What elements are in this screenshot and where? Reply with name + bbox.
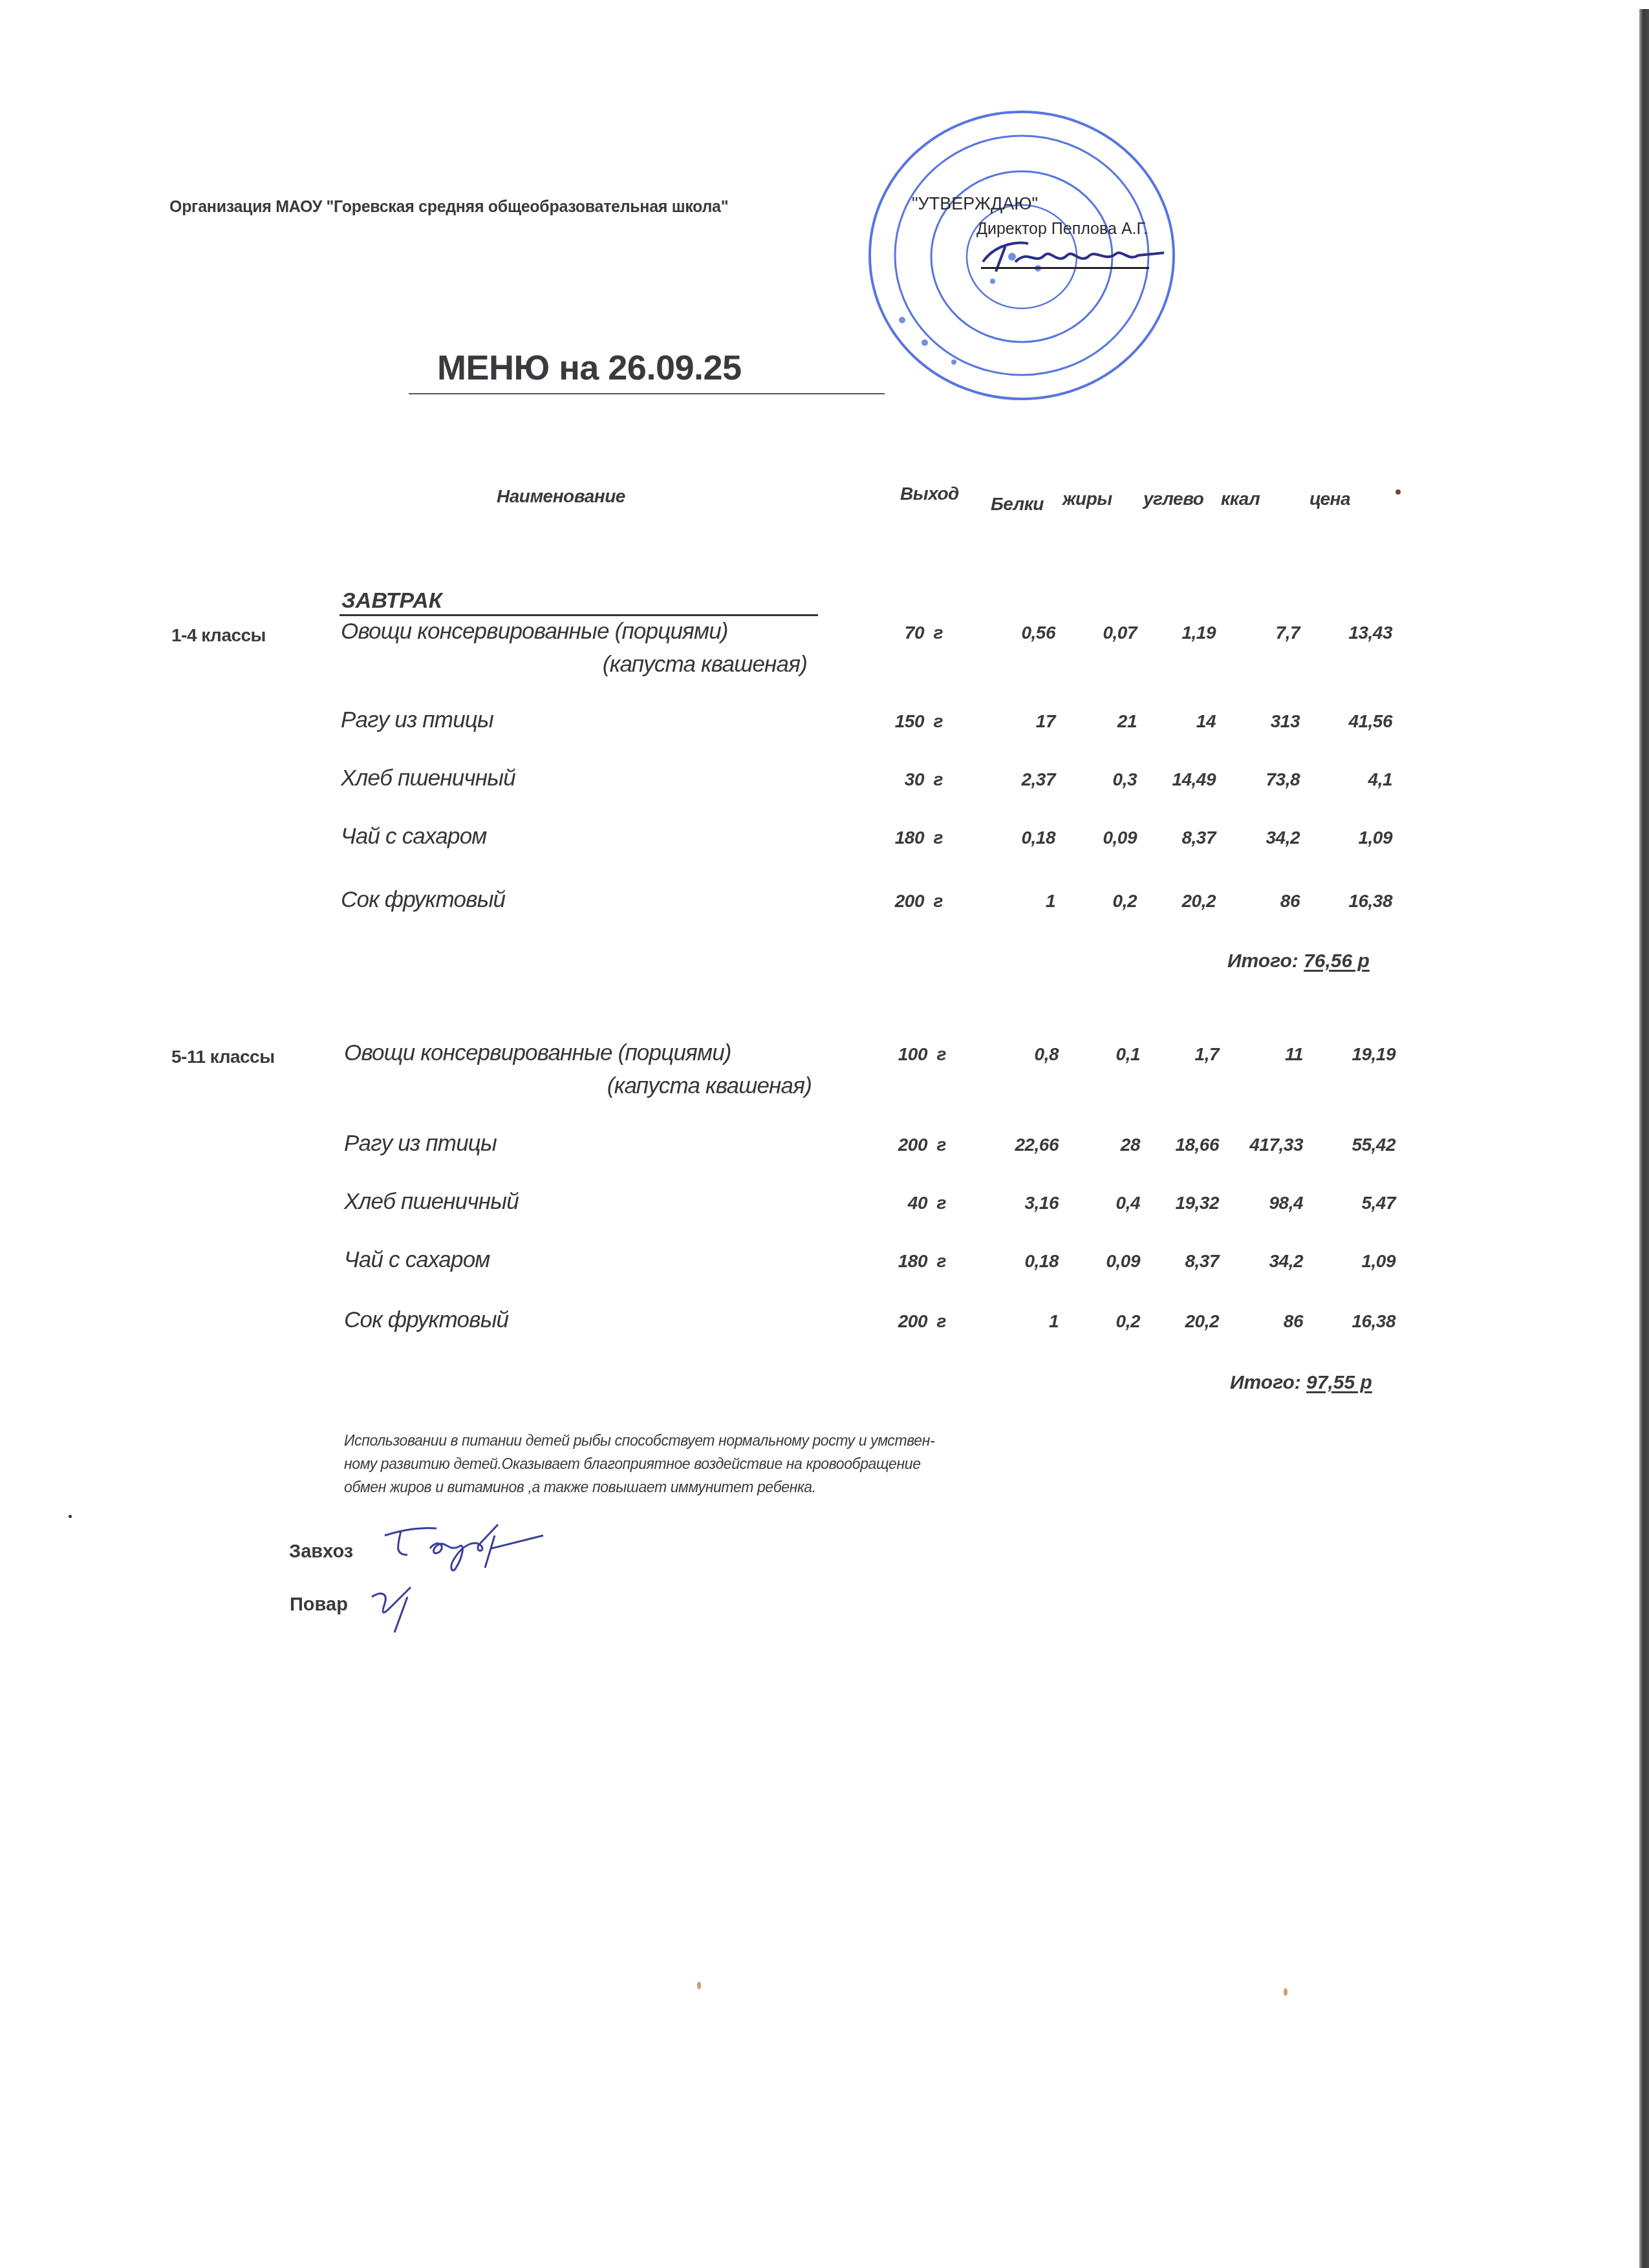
- cell-price: 41,56: [1263, 711, 1392, 732]
- note-line: ному развитию детей.Оказывает благоприят…: [344, 1452, 1120, 1475]
- cell-price: 19,19: [1266, 1044, 1396, 1065]
- total-label: Итого:: [1230, 1372, 1301, 1393]
- director-signature-line: [981, 267, 1149, 269]
- cell-output: 70 г: [814, 623, 943, 643]
- total-label: Итого:: [1227, 950, 1299, 972]
- meal-underline: [339, 614, 818, 616]
- group-total: Итого: 97,55 р: [1230, 1372, 1372, 1394]
- cell-price: 55,42: [1266, 1135, 1396, 1155]
- scan-speck: [697, 1982, 701, 1989]
- dish-name: Рагу из птицы: [344, 1131, 497, 1157]
- storekeeper-label: Завхоз: [289, 1541, 353, 1563]
- scan-speck: [69, 1515, 72, 1518]
- header-carbs: углево: [1143, 489, 1203, 509]
- storekeeper-signature-icon: [378, 1519, 585, 1578]
- dish-name: Сок фруктовый: [344, 1307, 508, 1333]
- meal-label: ЗАВТРАК: [341, 588, 442, 614]
- dish-name: Сок фруктовый: [341, 887, 505, 913]
- dish-name: Чай с сахаром: [344, 1247, 490, 1273]
- nutrition-note: Использовании в питании детей рыбы спосо…: [344, 1429, 1120, 1499]
- cell-price: 16,38: [1263, 891, 1392, 912]
- header-fat: жиры: [1062, 489, 1112, 509]
- dish-name: Овощи консервированные (порциями): [344, 1040, 731, 1066]
- title-underline: [409, 393, 885, 394]
- dish-name: Чай с сахаром: [341, 824, 487, 850]
- cell-output: 30 г: [814, 769, 943, 790]
- scan-speck: [1284, 1988, 1288, 1996]
- cell-price: 4,1: [1263, 769, 1392, 790]
- cell-price: 13,43: [1263, 623, 1392, 643]
- dish-name: Рагу из птицы: [341, 707, 493, 733]
- scan-border: [1639, 9, 1649, 2268]
- scan-speck: [1396, 489, 1401, 495]
- dish-name: Хлеб пшеничный: [344, 1189, 519, 1215]
- cell-price: 5,47: [1266, 1193, 1396, 1214]
- cook-signature-icon: [369, 1584, 446, 1636]
- approval-label: "УТВЕРЖДАЮ": [912, 194, 1038, 214]
- header-price: цена: [1309, 489, 1350, 509]
- cell-output: 200 г: [814, 891, 943, 912]
- cell-output: 40 г: [817, 1193, 946, 1214]
- page-title: МЕНЮ на 26.09.25: [437, 348, 742, 388]
- director-signature-icon: [970, 236, 1177, 275]
- cell-output: 150 г: [814, 711, 943, 732]
- cell-price: 16,38: [1266, 1311, 1396, 1332]
- total-value: 97,55 р: [1306, 1372, 1372, 1393]
- class-group-label: 1-4 классы: [171, 625, 266, 646]
- dish-subtitle: (капуста квашеная): [346, 1073, 812, 1099]
- dish-name: Овощи консервированные (порциями): [341, 619, 728, 645]
- header-output: Выход: [900, 484, 959, 504]
- cell-price: 1,09: [1263, 828, 1392, 848]
- header-name: Наименование: [497, 486, 625, 507]
- organization-line: Организация МАОУ "Горевская средняя обще…: [169, 198, 728, 217]
- cell-output: 200 г: [817, 1311, 946, 1332]
- note-line: Использовании в питании детей рыбы спосо…: [344, 1429, 1120, 1452]
- class-group-label: 5-11 классы: [171, 1047, 275, 1067]
- dish-subtitle: (капуста квашеная): [341, 652, 807, 678]
- cell-output: 200 г: [817, 1135, 946, 1155]
- cook-label: Повар: [290, 1594, 348, 1616]
- dish-name: Хлеб пшеничный: [341, 765, 515, 791]
- header-protein: Белки: [991, 494, 1044, 515]
- note-line: обмен жиров и витаминов ,а также повышае…: [344, 1475, 1120, 1499]
- group-total: Итого: 76,56 р: [1227, 950, 1370, 972]
- cell-output: 180 г: [814, 828, 943, 848]
- cell-output: 180 г: [817, 1251, 946, 1272]
- total-value: 76,56 р: [1304, 950, 1370, 972]
- cell-output: 100 г: [817, 1044, 946, 1065]
- cell-price: 1,09: [1266, 1251, 1396, 1272]
- header-kcal: ккал: [1221, 489, 1260, 509]
